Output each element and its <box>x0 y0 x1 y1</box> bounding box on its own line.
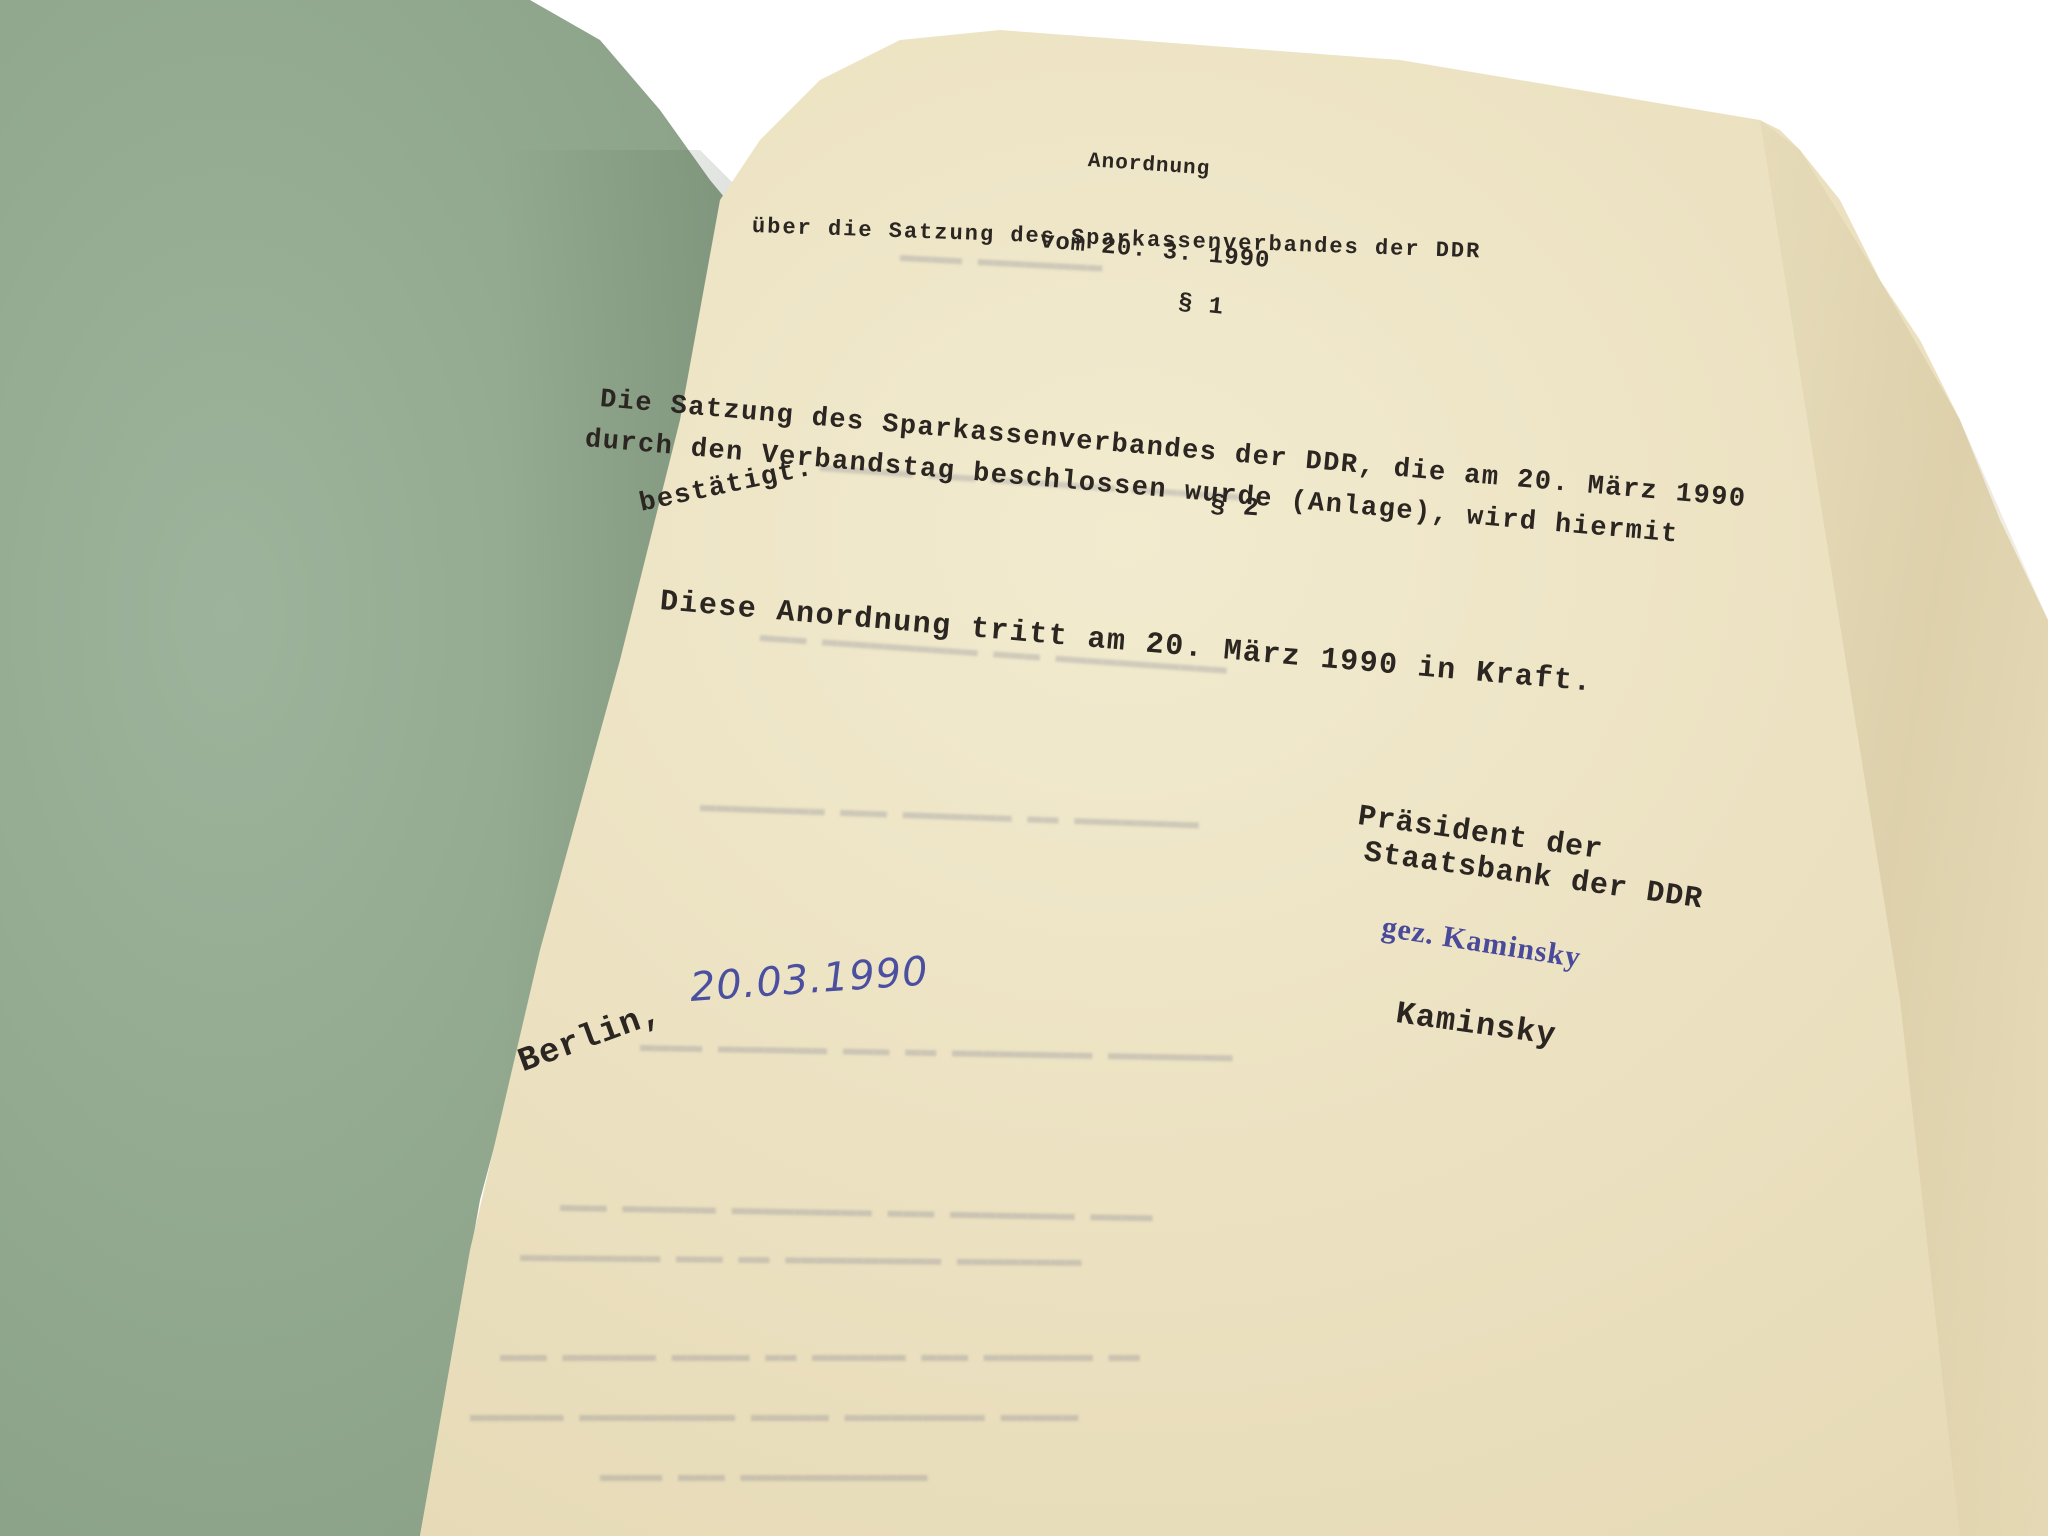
section-1-heading: § 1 <box>1177 290 1226 322</box>
bleed-through-text: ▬▬▬▬ ▬▬▬ ▬▬▬▬▬▬▬▬▬▬▬▬ <box>600 1460 928 1490</box>
section-2-heading: § 2 <box>1209 490 1261 523</box>
bleed-through-text: ▬▬▬ ▬▬▬▬▬▬ ▬▬▬▬▬ ▬▬ ▬▬▬▬▬▬ ▬▬▬ ▬▬▬▬▬▬▬ ▬… <box>500 1340 1140 1370</box>
bleed-through-text: ▬▬▬▬▬▬▬▬▬ ▬▬▬ ▬▬ ▬▬▬▬▬▬▬▬▬▬ ▬▬▬▬▬▬▬▬ <box>520 1240 1082 1275</box>
bleed-through-text: ▬▬▬▬▬▬ ▬▬▬▬▬▬▬▬▬▬ ▬▬▬▬▬ ▬▬▬▬▬▬▬▬▬ ▬▬▬▬▬ <box>470 1400 1079 1430</box>
